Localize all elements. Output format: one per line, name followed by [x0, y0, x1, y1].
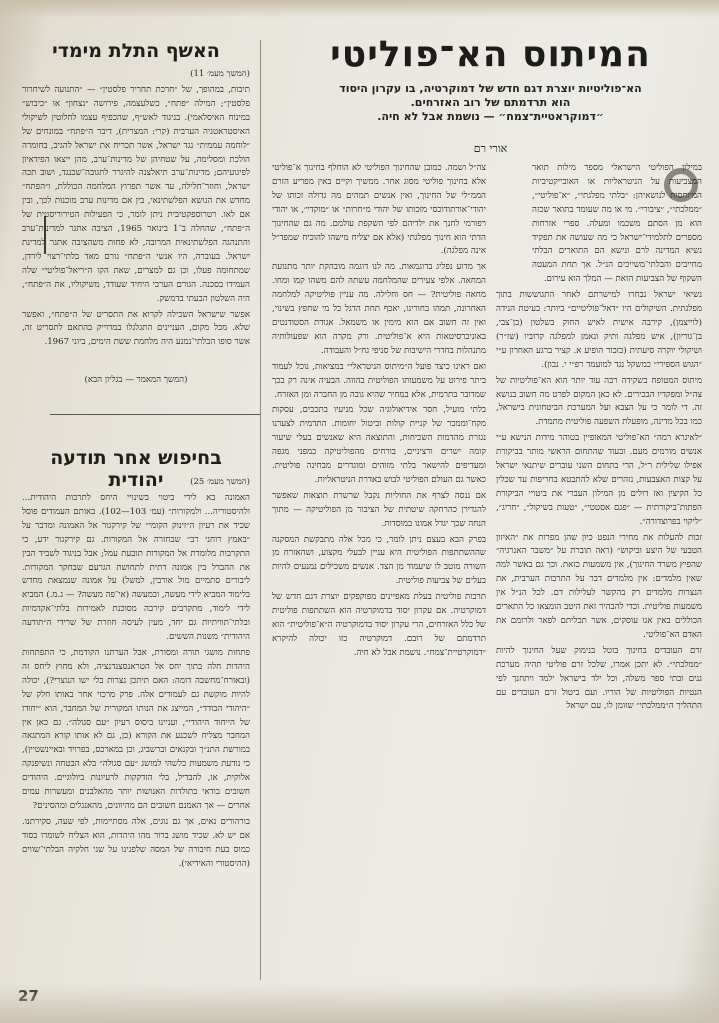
author-byline: אורי רם — [268, 142, 713, 155]
paragraph: זרם העובדים בחינוך בוטל בנימוק שעל החינו… — [496, 645, 702, 715]
magazine-page: המיתוס הא־פוליטי הא־פוליטיות יוצרת דגם ח… — [0, 0, 719, 1023]
side-article-1-title: האשף התלת מימדי — [22, 40, 250, 62]
main-article-title: המיתוס הא־פוליטי — [268, 34, 713, 75]
paragraph: ואם ראינו כיצד פועל ה״מיתוס הניטראלי״ במ… — [272, 361, 486, 403]
paragraph: אפשר שישראל השכילה לקרוא את התסריט של ה״… — [22, 309, 250, 351]
page-shadow-top — [0, 0, 719, 18]
subtitle-line: הוא תרדמתם של רוב האזרחים. — [268, 96, 713, 110]
paragraph: תרבות פוליטית בעלת מאפיינים מפוקפקים יוצ… — [272, 591, 486, 661]
side-article-1-continued: (המשך מעמ׳ 11) — [22, 68, 250, 79]
paragraph: נשיאי ישראל נבחרו למישרתם לאחר התגוששות … — [496, 289, 702, 372]
subtitle-line: הא־פוליטיות יוצרת דגם חדש של דמוקרטיה, ב… — [268, 82, 713, 96]
section-divider — [50, 414, 260, 415]
subtitle-line: ״דמוקראטיית־צמח״ — נושמת אבל לא חיה. — [268, 110, 713, 124]
paragraph: מיתוס המטופח בשקידה רבה עוד יותר הוא הא־… — [496, 375, 702, 431]
paragraph: בלתי מועיל, חסר אידיאולוגיה שכל מניעיו ב… — [272, 404, 486, 487]
paragraph: פתחות מושגי תורה ומסורת, אבל הערתנו הקוד… — [22, 647, 250, 814]
main-article-right-column: במילון הפוליטי הישראלי מספר מילות תואר ה… — [496, 162, 702, 716]
paragraph: צה״ל ושמה. כמובן שהחינוך הפוליטי לא הוחל… — [272, 162, 486, 259]
paragraph: אם ננסה לצרף את החוליות נקבל שרשרת תוצאו… — [272, 490, 486, 532]
paragraph: בפרק הבא בעצם ניתן לומר, כי מכל אלה מתבק… — [272, 534, 486, 590]
paragraph: ״לאיגרא רמה״ הא־פוליטי המאופיין בטוהר מי… — [496, 432, 702, 529]
side-article-2-body: האמונה בא לידי ביטוי בשינויי היחס לתרבות… — [22, 492, 250, 873]
column-divider — [260, 40, 261, 980]
paragraph: בורהורים נאים, אך גם נוגים, אלה מסתיימות… — [22, 816, 250, 872]
paragraph: במילון הפוליטי הישראלי מספר מילות תואר ה… — [496, 162, 702, 287]
paragraph: זכות להעלות את מחירי הנפט כיון שהן מפרות… — [496, 532, 702, 643]
side-article-1-to-be-continued: (המשך המאמר — בגליון הבא) — [22, 374, 250, 385]
main-article-middle-column: צה״ל ושמה. כמובן שהחינוך הפוליטי לא הוחל… — [272, 162, 486, 663]
side-article-2-continued: (המשך מעמ׳ 25) — [22, 476, 250, 487]
page-shadow-bottom — [0, 983, 719, 1023]
paragraph: תיבות, במהופך, של ״חרכת תחריר פלסטין״ — … — [22, 84, 250, 307]
paragraph: אך מדוע נפליג בדוגמאות. מה לנו דוגמה מוב… — [272, 261, 486, 358]
main-article-subtitle: הא־פוליטיות יוצרת דגם חדש של דמוקרטיה, ב… — [268, 82, 713, 124]
side-article-1-body: תיבות, במהופך, של ״חרכת תחריר פלסטין״ — … — [22, 84, 250, 352]
paragraph: האמונה בא לידי ביטוי בשינויי היחס לתרבות… — [22, 492, 250, 645]
